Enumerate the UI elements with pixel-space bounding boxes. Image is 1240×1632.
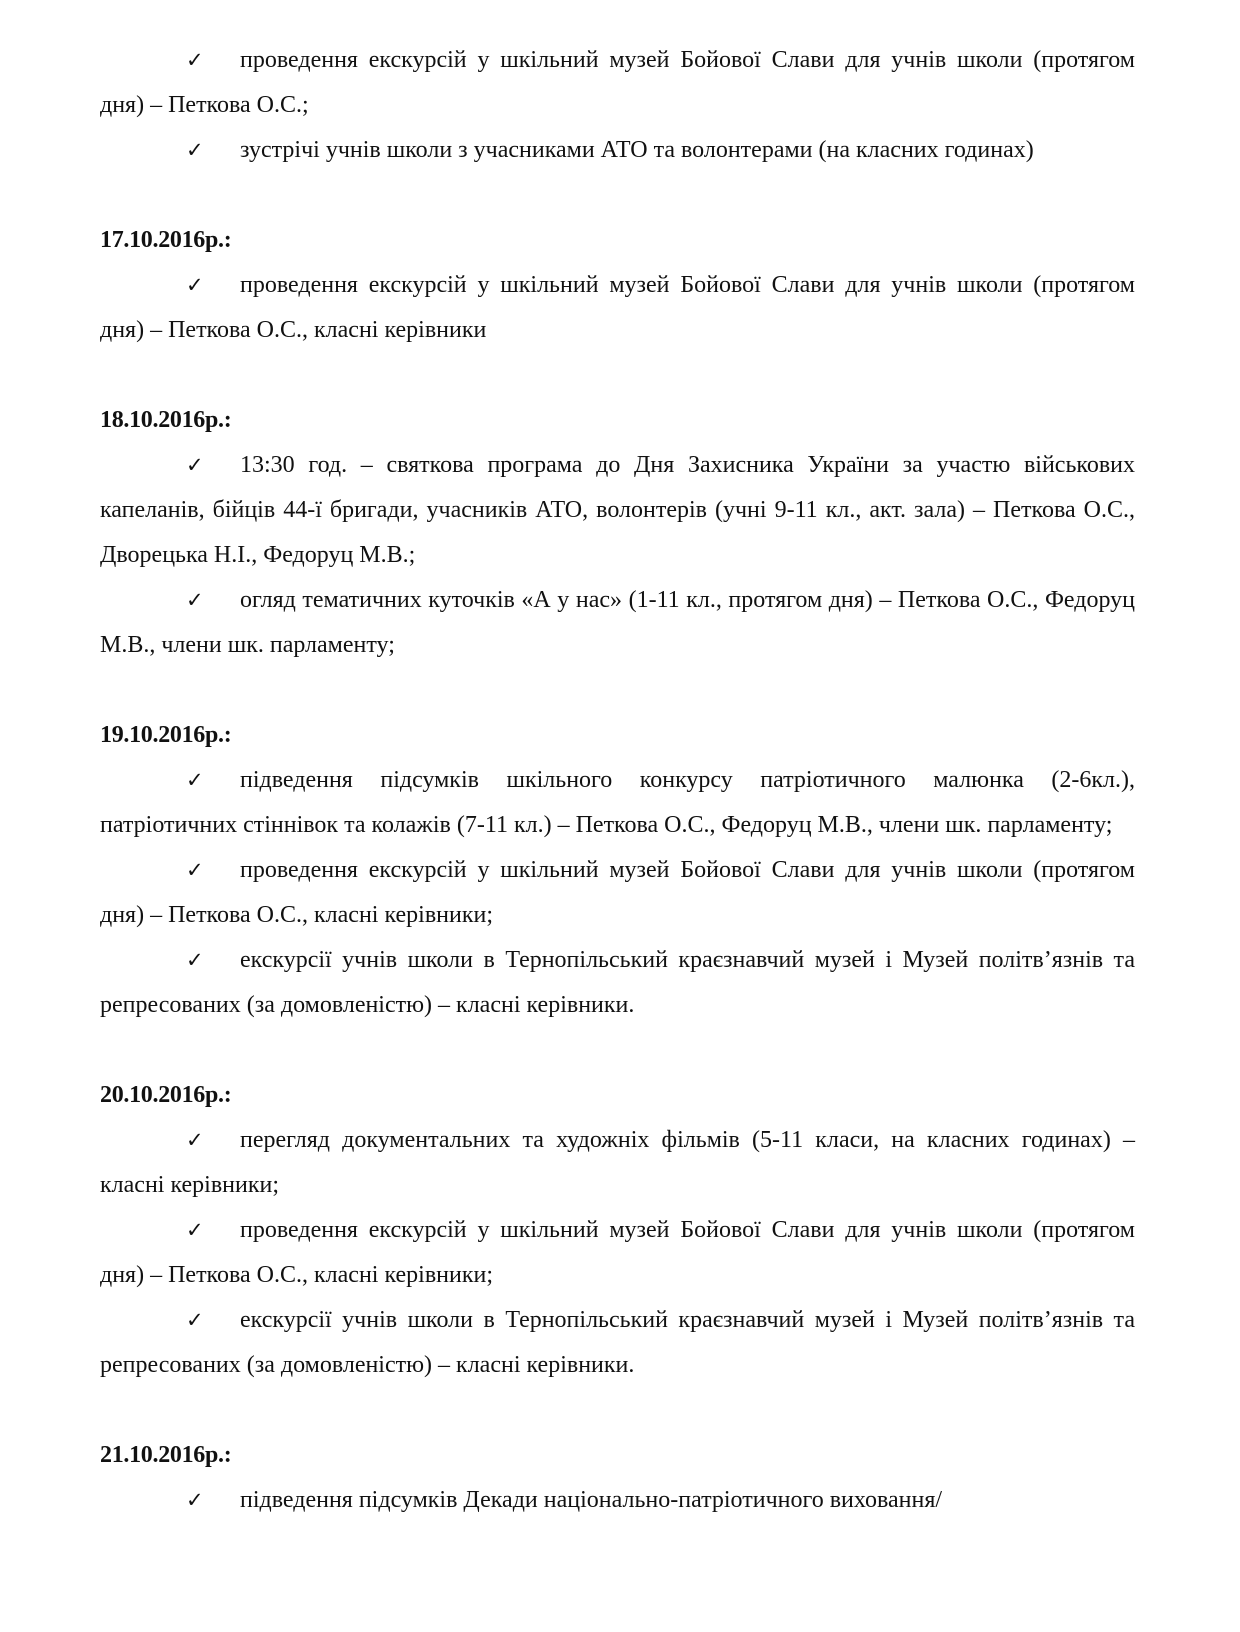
day-section-20-10: 20.10.2016р.: ✓перегляд документальних т… — [100, 1073, 1135, 1388]
list-item: ✓13:30 год. – святкова програма до Дня З… — [100, 443, 1135, 578]
date-heading: 18.10.2016р.: — [100, 398, 1135, 443]
list-item: ✓проведення екскурсій у шкільний музей Б… — [100, 38, 1135, 128]
date-heading: 17.10.2016р.: — [100, 218, 1135, 263]
item-text: огляд тематичних куточків «А у нас» (1-1… — [100, 587, 1135, 658]
day-section-21-10: 21.10.2016р.: ✓підведення підсумків Дека… — [100, 1433, 1135, 1523]
item-text: 13:30 год. – святкова програма до Дня За… — [100, 452, 1135, 568]
item-text: зустрічі учнів школи з учасниками АТО та… — [240, 137, 1034, 163]
checkmark-icon: ✓ — [186, 578, 204, 623]
item-text: проведення екскурсій у шкільний музей Бо… — [100, 272, 1135, 343]
checkmark-icon: ✓ — [186, 848, 204, 893]
list-item: ✓проведення екскурсій у шкільний музей Б… — [100, 1208, 1135, 1298]
item-text: екскурсії учнів школи в Тернопільський к… — [100, 1307, 1135, 1378]
item-text: підведення підсумків Декади національно-… — [240, 1487, 942, 1513]
checkmark-icon: ✓ — [186, 128, 204, 173]
day-section-18-10: 18.10.2016р.: ✓13:30 год. – святкова про… — [100, 398, 1135, 668]
list-item: ✓огляд тематичних куточків «А у нас» (1-… — [100, 578, 1135, 668]
item-text: проведення екскурсій у шкільний музей Бо… — [100, 1217, 1135, 1288]
list-item: ✓підведення підсумків шкільного конкурсу… — [100, 758, 1135, 848]
item-text: проведення екскурсій у шкільний музей Бо… — [100, 47, 1135, 118]
checkmark-icon: ✓ — [186, 1478, 204, 1523]
list-item: ✓екскурсії учнів школи в Тернопільський … — [100, 938, 1135, 1028]
item-text: екскурсії учнів школи в Тернопільський к… — [100, 947, 1135, 1018]
list-item: ✓екскурсії учнів школи в Тернопільський … — [100, 1298, 1135, 1388]
checkmark-icon: ✓ — [186, 263, 204, 308]
checkmark-icon: ✓ — [186, 1298, 204, 1343]
checkmark-icon: ✓ — [186, 443, 204, 488]
checkmark-icon: ✓ — [186, 938, 204, 983]
list-item: ✓зустрічі учнів школи з учасниками АТО т… — [100, 128, 1135, 173]
list-item: ✓проведення екскурсій у шкільний музей Б… — [100, 848, 1135, 938]
checkmark-icon: ✓ — [186, 1208, 204, 1253]
list-item: ✓підведення підсумків Декади національно… — [100, 1478, 1135, 1523]
checkmark-icon: ✓ — [186, 1118, 204, 1163]
list-item: ✓перегляд документальних та художніх філ… — [100, 1118, 1135, 1208]
list-item: ✓проведення екскурсій у шкільний музей Б… — [100, 263, 1135, 353]
checkmark-icon: ✓ — [186, 38, 204, 83]
item-text: проведення екскурсій у шкільний музей Бо… — [100, 857, 1135, 928]
item-text: перегляд документальних та художніх філь… — [100, 1127, 1135, 1198]
item-text: підведення підсумків шкільного конкурсу … — [100, 767, 1135, 838]
date-heading: 19.10.2016р.: — [100, 713, 1135, 758]
day-section-17-10: 17.10.2016р.: ✓проведення екскурсій у шк… — [100, 218, 1135, 353]
document-page: ✓проведення екскурсій у шкільний музей Б… — [100, 38, 1135, 1523]
date-heading: 20.10.2016р.: — [100, 1073, 1135, 1118]
date-heading: 21.10.2016р.: — [100, 1433, 1135, 1478]
day-section-continued: ✓проведення екскурсій у шкільний музей Б… — [100, 38, 1135, 173]
day-section-19-10: 19.10.2016р.: ✓підведення підсумків шкіл… — [100, 713, 1135, 1028]
checkmark-icon: ✓ — [186, 758, 204, 803]
